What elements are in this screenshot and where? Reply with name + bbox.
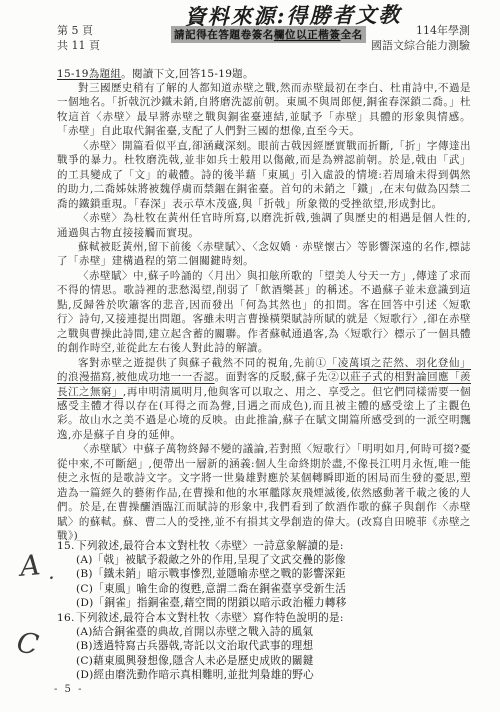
option-text: 「銅雀」指銅雀臺,藉空間的閉鎖以暗示政治權力轉移 xyxy=(94,597,347,609)
p6-text: 客對赤壁之遊提供了與蘇子截然不同的視角,先前① xyxy=(78,357,327,369)
passage-paragraph-4: 蘇軾被貶黃州,留下前後〈赤壁賦〉、〈念奴嬌‧赤壁懷古〉等影響深遠的名作,標誌了「… xyxy=(57,240,471,269)
question-16-number: 16. xyxy=(57,611,76,625)
option-label: (B) xyxy=(76,568,93,580)
question-15-options: (A)「戟」被賦予殺敵之外的作用,呈現了文武交疊的影像 (B)「鐵未銷」暗示戰事… xyxy=(76,553,475,610)
question-15-stem-text: 下列敘述,最符合本文對杜牧〈赤壁〉一詩意象解讀的是: xyxy=(76,539,344,553)
exam-page: 資料來源:得勝者文教 第 5 頁 共 11 頁 請記得在答題卷簽名欄位以正楷簽全… xyxy=(0,0,500,712)
option-label: (D) xyxy=(76,669,94,681)
exam-year: 114年學測 xyxy=(371,23,470,38)
question-16: 16. 下列敘述,最符合本文對杜牧〈赤壁〉寫作特色說明的是: (A)結合銅雀臺的… xyxy=(57,611,475,682)
page-number-total: 共 11 頁 xyxy=(57,38,100,53)
passage-paragraph-3: 〈赤壁〉為杜牧在黃州任官時所寫,以磨洗折戟,強調了與歷史的相遇是個人性的,通過與… xyxy=(57,211,471,240)
question-16-stem: 16. 下列敘述,最符合本文對杜牧〈赤壁〉寫作特色說明的是: xyxy=(57,611,475,625)
question-15-stem: 15. 下列敘述,最符合本文對杜牧〈赤壁〉一詩意象解讀的是: xyxy=(57,539,475,553)
footer-page-label: - 5 - xyxy=(54,684,83,695)
p6-text: 。面對客的反駁,蘇子先② xyxy=(215,371,340,383)
passage-paragraph-6: 客對赤壁之遊提供了與蘇子截然不同的視角,先前①「凌萬頃之茫然、羽化登仙」的浪漫描… xyxy=(57,356,471,443)
question-16-stem-text: 下列敘述,最符合本文對杜牧〈赤壁〉寫作特色說明的是: xyxy=(76,611,344,625)
question-16-option-c: (C)藉東風興發想像,隱含人未必是歷史成敗的關鍵 xyxy=(76,654,475,668)
question-16-option-d: (D)經由磨洗動作暗示真相難明,並批判梟雄的野心 xyxy=(76,668,475,682)
question-15-option-c: (C)「東風」喻生命的復甦,意謂二喬在銅雀臺享受新生活 xyxy=(76,582,475,596)
passage-paragraph-1: 對三國歷史稍有了解的人都知道赤壁之戰,然而赤壁最初在李白、杜甫詩中,不過是一個地… xyxy=(57,81,471,139)
question-15: 15. 下列敘述,最符合本文對杜牧〈赤壁〉一詩意象解讀的是: (A)「戟」被賦予… xyxy=(57,539,475,610)
exam-subject: 國語文綜合能力測驗 xyxy=(371,38,470,53)
option-label: (D) xyxy=(76,597,94,609)
question-15-option-d: (D)「銅雀」指銅雀臺,藉空間的閉鎖以暗示政治權力轉移 xyxy=(76,596,475,610)
option-text: 結合銅雀臺的典故,首開以赤壁之戰入詩的風氣 xyxy=(93,626,314,638)
reading-passage: 對三國歷史稍有了解的人都知道赤壁之戰,然而赤壁最初在李白、杜甫詩中,不過是一個地… xyxy=(57,81,471,544)
group-range-underlined: 15-19為題組 xyxy=(57,68,121,80)
option-text: 透過特寫古兵器戟,寄託以文治取代武事的理想 xyxy=(93,640,314,652)
notice-text-pre: 請記得在答題卷簽名 xyxy=(174,29,274,41)
option-label: (B) xyxy=(76,640,93,652)
question-15-option-a: (A)「戟」被賦予殺敵之外的作用,呈現了文武交疊的影像 xyxy=(76,553,475,567)
passage-paragraph-7: 〈赤壁賦〉中蘇子萬物終歸不變的議論,若對照〈短歌行〉「明明如月,何時可掇?憂從中… xyxy=(57,442,471,543)
question-group-instruction: 15-19為題組。閱讀下文,回答15-19題。 xyxy=(57,66,254,81)
handwritten-dot: . xyxy=(49,567,54,583)
notice-text-underlined: 欄位以正楷簽 xyxy=(274,29,341,41)
option-text: 「鐵未銷」暗示戰事慘烈,並隱喻赤壁之戰的影響深鉅 xyxy=(93,568,346,580)
handwritten-answer-15: A xyxy=(19,548,42,583)
question-15-number: 15. xyxy=(57,539,76,553)
option-label: (C) xyxy=(76,583,93,595)
option-label: (C) xyxy=(76,655,93,667)
group-instruction-rest: 。閱讀下文,回答15-19題。 xyxy=(121,68,254,80)
passage-paragraph-2: 〈赤壁〉開篇看似平直,卻涵藏深刻。眼前古戟因經歷實戰而折斷,「折」字傳達出戰爭的… xyxy=(57,139,471,211)
option-text: 「戟」被賦予殺敵之外的作用,呈現了文武交疊的影像 xyxy=(93,554,346,566)
option-text: 經由磨洗動作暗示真相難明,並批判梟雄的野心 xyxy=(94,669,315,681)
option-text: 藉東風興發想像,隱含人未必是歷史成敗的關鍵 xyxy=(93,655,314,667)
option-label: (A) xyxy=(76,554,93,566)
passage-paragraph-5: 〈赤壁賦〉中,蘇子吟誦的〈月出〉與扣舷所歌的「望美人兮天一方」,傳達了求而不得的… xyxy=(57,269,471,356)
question-16-option-a: (A)結合銅雀臺的典故,首開以赤壁之戰入詩的風氣 xyxy=(76,625,475,639)
question-16-option-b: (B)透過特寫古兵器戟,寄託以文治取代武事的理想 xyxy=(76,639,475,653)
option-text: 「東風」喻生命的復甦,意謂二喬在銅雀臺享受新生活 xyxy=(93,583,346,595)
exam-info-block: 114年學測 國語文綜合能力測驗 xyxy=(371,23,470,53)
handwritten-answer-16: C xyxy=(14,625,41,661)
page-number-block: 第 5 頁 共 11 頁 xyxy=(57,23,100,53)
option-label: (A) xyxy=(76,626,93,638)
signature-notice: 請記得在答題卷簽名欄位以正楷簽全名 xyxy=(171,26,366,43)
page-number-current: 第 5 頁 xyxy=(57,23,100,38)
question-16-options: (A)結合銅雀臺的典故,首開以赤壁之戰入詩的風氣 (B)透過特寫古兵器戟,寄託以… xyxy=(76,625,475,682)
question-15-option-b: (B)「鐵未銷」暗示戰事慘烈,並隱喻赤壁之戰的影響深鉅 xyxy=(76,567,475,581)
notice-text-post: 全名 xyxy=(341,29,363,41)
